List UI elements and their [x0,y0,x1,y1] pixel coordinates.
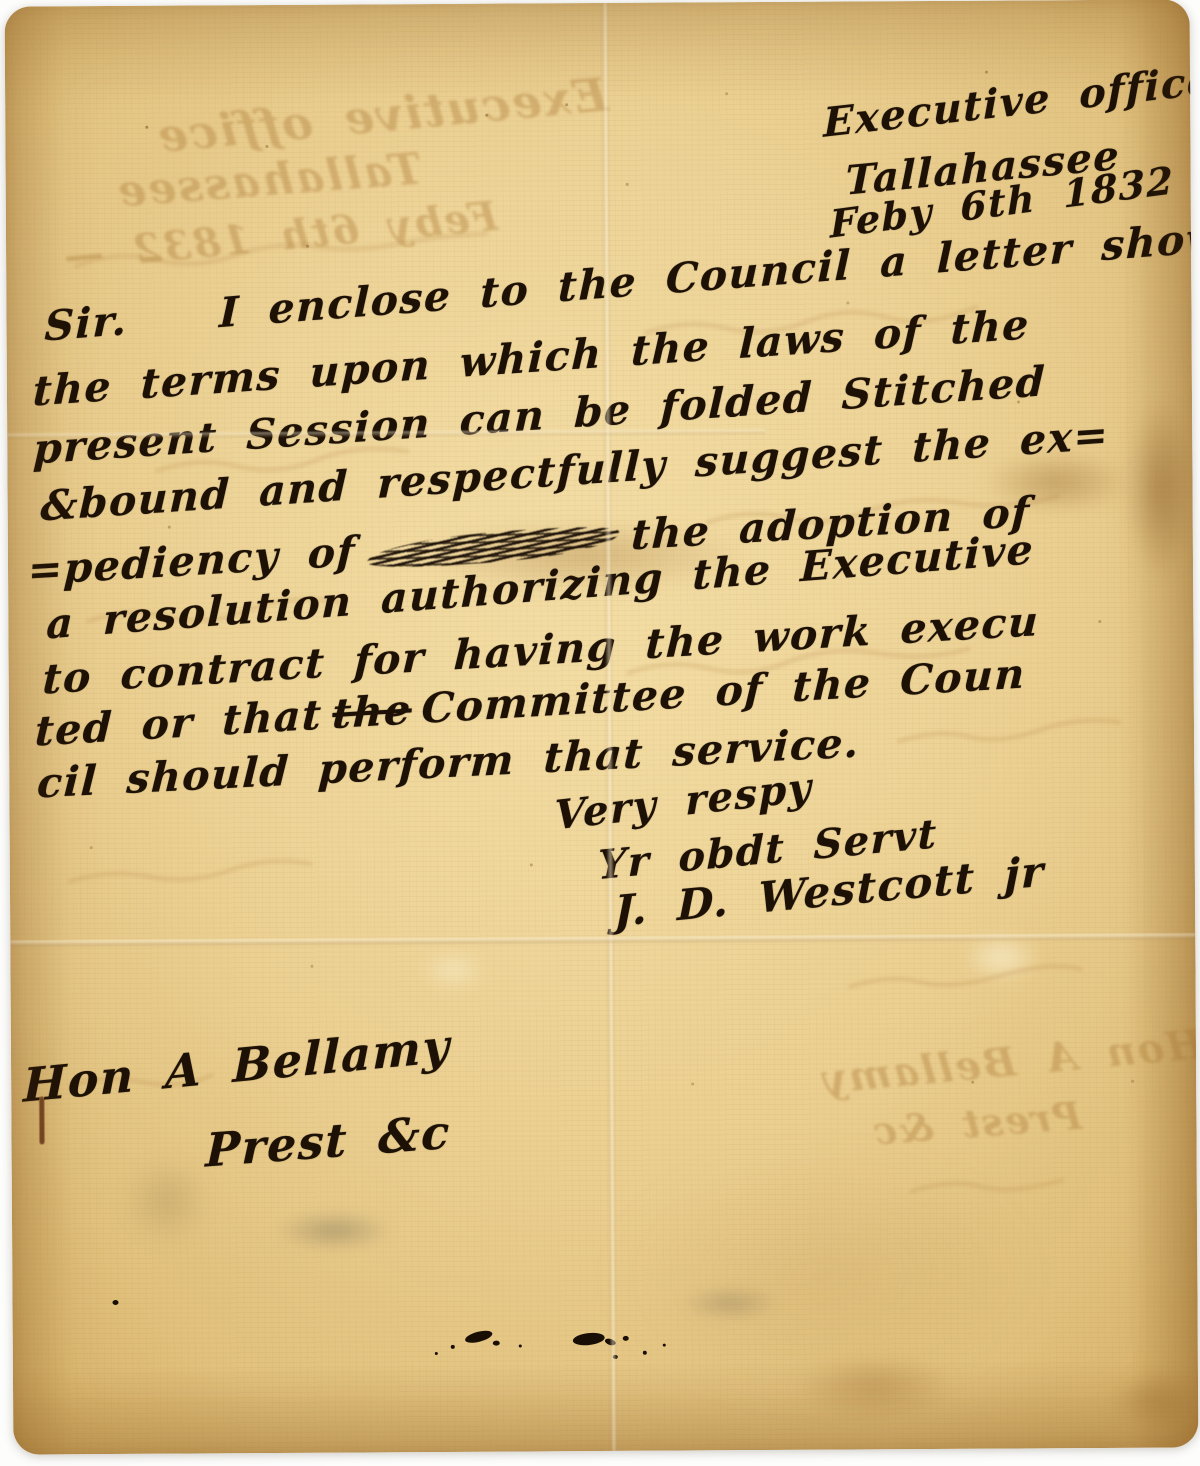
address-name: Hon A Bellamy [23,1018,451,1112]
ink-blot [643,1351,647,1355]
ink-blot [493,1341,500,1346]
aged-paper-sheet: Executive office Tallahassee Feby 6th 18… [5,0,1199,1455]
stain [1105,1371,1198,1428]
ink-blot [464,1328,494,1345]
vertical-fold-crease [602,3,618,1451]
stain [122,1155,213,1246]
ink-streak [39,1096,44,1144]
salutation: Sir. [44,296,128,351]
ghost-address-name: Hon A Bellamy [820,1021,1199,1104]
stain [795,1353,955,1420]
stain [274,1210,394,1251]
ink-blot [604,1337,616,1346]
ink-blot [572,1331,605,1346]
ink-blot [435,1352,438,1355]
ghost-address-title: Prest &c [870,1093,1083,1154]
stain [1125,399,1196,579]
water-stain [602,1140,1044,1413]
paper-speckles [145,126,148,129]
ink-blot [613,1355,618,1359]
address-title: Prest &c [205,1105,452,1178]
light-spot [962,932,1040,982]
ink-dot [112,1300,118,1305]
scanned-letter-page: Executive office Tallahassee Feby 6th 18… [0,0,1200,1466]
ink-blot [451,1345,455,1349]
light-spot [420,948,486,992]
ink-blot [519,1344,522,1347]
horizontal-fold-crease-middle [10,933,1195,946]
struck-word: the [331,685,412,738]
ink-blot [623,1336,629,1341]
header-office-line: Executive office [823,56,1198,147]
stain [680,1286,780,1321]
ink-blot [663,1344,666,1347]
